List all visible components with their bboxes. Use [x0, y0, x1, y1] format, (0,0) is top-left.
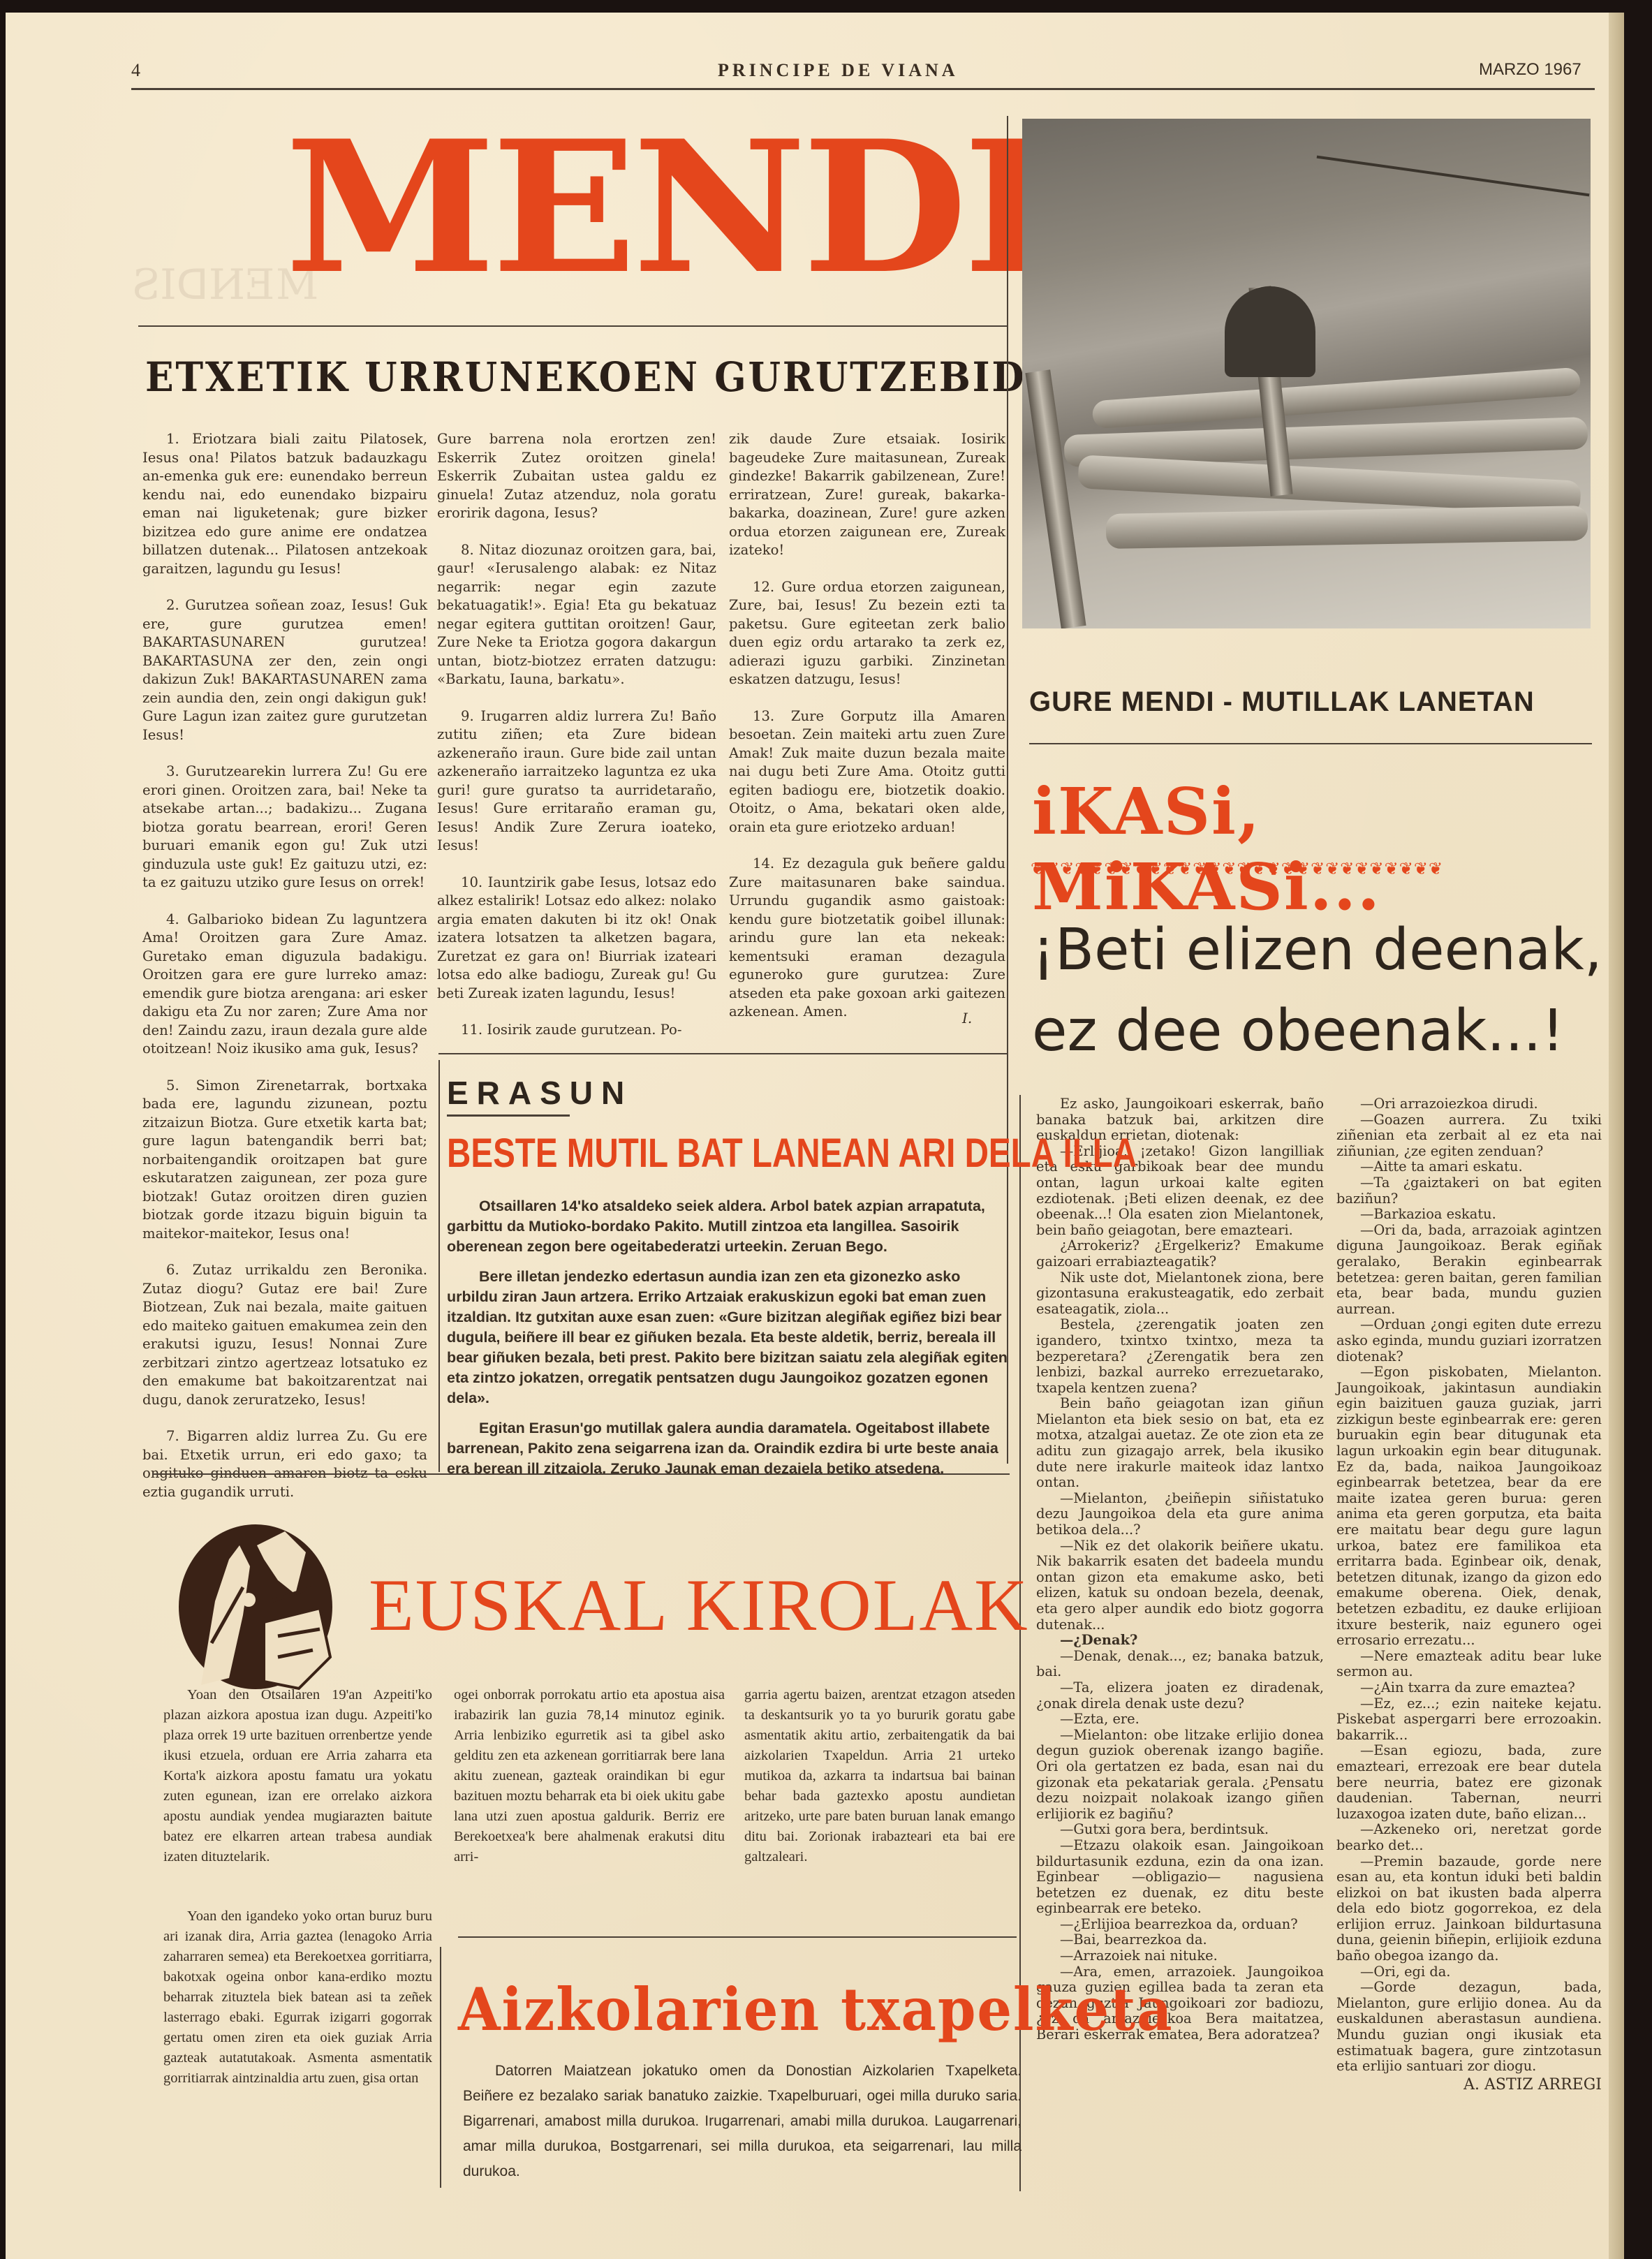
ornament-border: ❦❦❦❦❦❦❦❦❦❦❦❦❦❦❦❦❦❦❦❦❦❦❦❦❦❦❦❦ — [1031, 859, 1595, 880]
paragraph: —Ta, elizera joaten ez diradenak, ¿onak … — [1036, 1680, 1324, 1712]
aizkolarien-headline: Aizkolarien txapelketa — [458, 1975, 1173, 2044]
erasun-top-rule — [438, 1053, 1008, 1054]
paragraph: Bestela, ¿zerengatik joaten zen igandero… — [1036, 1317, 1324, 1396]
mendiz-column-1: 1. Eriotzara biali zaitu Pilatosek, Iesu… — [142, 430, 427, 1520]
erasun-headline: BESTE MUTIL BAT LANEAN ARI DELA ILLA — [447, 1130, 1137, 1177]
newspaper-page: 4 PRINCIPE DE VIANA MARZO 1967 ƧIᗡИƎM ME… — [6, 13, 1624, 2259]
erasun-body: Otsaillaren 14'ko atsaldeko seiek aldera… — [447, 1196, 1012, 1489]
ikasi-column-2: —Ori arrazoiezkoa dirudi. —Goazen aurrer… — [1336, 1096, 1602, 2093]
paragraph: —Bai, bearrezkoa da. — [1036, 1932, 1324, 1948]
erasun-section-title: ERASUN — [447, 1074, 633, 1112]
mendiz-signature: I. — [962, 1010, 972, 1027]
kirolak-column-3: garria agertu baizen, arentzat etzagon a… — [744, 1685, 1015, 1867]
page-number: 4 — [131, 60, 140, 81]
erasun-paragraph-2: Bere illetan jendezko edertasun aundia i… — [447, 1267, 1012, 1408]
station-10: 10. Iauntzirik gabe Iesus, lotsaz edo al… — [437, 874, 716, 1003]
paragraph: —Azkeneko ori, neretzat gorde bearko det… — [1336, 1822, 1602, 1853]
paragraph: —Goazen aurrera. Zu txiki ziñenian eta z… — [1336, 1112, 1602, 1160]
aizko-top-rule — [458, 1936, 1017, 1938]
paragraph: —¿Erlijioa bearrezkoa da, orduan? — [1036, 1917, 1324, 1933]
station-11-cont: zik daude Zure etsaiak. Iosirik bageudek… — [729, 430, 1005, 560]
paragraph: —Etzazu olakoik esan. Jaingoikoan bildur… — [1036, 1838, 1324, 1917]
kirolak-column-2: ogei onborrak porrokatu artio eta apostu… — [454, 1685, 725, 1867]
station-4: 4. Galbarioko bidean Zu laguntzera Ama! … — [142, 911, 427, 1059]
aizko-divider — [440, 1947, 441, 2188]
station-12: 12. Gure ordua etorzen zaigunean, Zure, … — [729, 578, 1005, 689]
paragraph: —Nere emazteak aditu bear luke sermon au… — [1336, 1649, 1602, 1680]
station-13: 13. Zure Gorputz illa Amaren besoetan. Z… — [729, 707, 1005, 837]
kirolak-paragraph-2: Yoan den igandeko yoko ortan buruz buru … — [163, 1906, 432, 2089]
kirolak-paragraph-2-cont: ogei onborrak porrokatu artio eta apostu… — [454, 1685, 725, 1867]
paragraph: —Egon piskobaten, Mielanton. Jaungoikoak… — [1336, 1364, 1602, 1649]
publication-title: PRINCIPE DE VIANA — [718, 60, 959, 81]
aizkolarien-paragraph: Datorren Maiatzean jokatuko omen da Dono… — [463, 2059, 1022, 2184]
paragraph: —Denak, denak..., ez; banaka batzuk, bai… — [1036, 1649, 1324, 1680]
paragraph: —Gutxi gora bera, berdintsuk. — [1036, 1822, 1324, 1838]
station-11: 11. Iosirik zaude gurutzean. Po- — [437, 1021, 716, 1040]
kirolak-top-rule — [152, 1473, 1010, 1475]
mendiz-column-3: zik daude Zure etsaiak. Iosirik bageudek… — [729, 430, 1005, 1040]
ikasi-column-1: Ez asko, Jaungoikoari eskerrak, baño ban… — [1036, 1096, 1324, 2043]
paragraph: —Ta ¿gaiztakeri on bat egiten baziñun? — [1336, 1175, 1602, 1207]
subtitle-line-2: ez dee obeenak...! — [1032, 991, 1602, 1072]
paragraph: —Premin bazaude, gorde nere esan au, eta… — [1336, 1854, 1602, 1964]
paragraph: —Barkazioa eskatu. — [1336, 1207, 1602, 1223]
paragraph: —Nik ez det olakorik beiñere ukatu. Nik … — [1036, 1538, 1324, 1633]
paragraph: ¿Arrokeriz? ¿Ergelkeriz? Emakume gaizoar… — [1036, 1238, 1324, 1270]
paragraph: Bein baño geiagotan izan giñun Mielanton… — [1036, 1396, 1324, 1491]
station-5: 5. Simon Zirenetarrak, bortxaka bada ere… — [142, 1077, 427, 1244]
paragraph: —Mielanton: obe litzake erlijio donea de… — [1036, 1728, 1324, 1823]
station-6: 6. Zutaz urrikaldu zen Beronika. Zutaz d… — [142, 1261, 427, 1409]
mendiz-column-2: Gure barrena nola erortzen zen! Eskerrik… — [437, 430, 716, 1058]
paragraph: —¿Denak? — [1036, 1633, 1324, 1649]
ikasi-author: A. ASTIZ ARREGI — [1336, 2077, 1602, 2094]
erasun-underline — [447, 1114, 570, 1117]
erasun-paragraph-3: Egitan Erasun'go mutillak galera aundia … — [447, 1418, 1012, 1479]
euskal-kirolak-title: EUSKAL KIROLAK — [369, 1563, 1029, 1648]
header-rule — [131, 88, 1595, 90]
paragraph: —Ori arrazoiezkoa dirudi. — [1336, 1096, 1602, 1112]
page-edge — [1609, 13, 1624, 2259]
erasun-paragraph-1: Otsaillaren 14'ko atsaldeko seiek aldera… — [447, 1196, 1012, 1257]
station-1: 1. Eriotzara biali zaitu Pilatosek, Iesu… — [142, 430, 427, 578]
paragraph: —Esan egiozu, bada, zure emazteari, erre… — [1336, 1743, 1602, 1822]
paragraph: —Gorde dezagun, bada, Mielanton, gure er… — [1336, 1980, 1602, 2075]
paragraph: —Arrazoiek nai nituke. — [1036, 1948, 1324, 1964]
kirolak-paragraph-3: garria agertu baizen, arentzat etzagon a… — [744, 1685, 1015, 1867]
logging-photo — [1022, 119, 1591, 628]
mendiz-rule — [138, 325, 1008, 327]
station-3: 3. Gurutzearekin lurrera Zu! Gu ere eror… — [142, 763, 427, 892]
caption-rule — [1029, 743, 1592, 744]
kirolak-column-1: Yoan den Otsailaren 19'an Azpeiti'ko pla… — [163, 1685, 432, 2089]
station-14: 14. Ez dezagula guk beñere galdu Zure ma… — [729, 855, 1005, 1022]
paragraph: —Ez, ez...; ezin naiteke kejatu. Piskeba… — [1336, 1696, 1602, 1744]
station-7-cont: Gure barrena nola erortzen zen! Eskerrik… — [437, 430, 716, 523]
paragraph: —Aitte ta amari eskatu. — [1336, 1159, 1602, 1175]
ikasi-subtitle: ¡Beti elizen deenak, ez dee obeenak...! — [1032, 910, 1602, 1072]
station-2: 2. Gurutzea soñean zoaz, Iesus! Guk ere,… — [142, 596, 427, 744]
paragraph: Nik uste dot, Mielantonek ziona, bere gi… — [1036, 1270, 1324, 1318]
kirolak-paragraph-1: Yoan den Otsailaren 19'an Azpeiti'ko pla… — [163, 1685, 432, 1867]
mendiz-headline: ETXETIK URRUNEKOEN GURUTZEBIDE BAT — [145, 353, 1163, 401]
subtitle-line-1: ¡Beti elizen deenak, — [1032, 910, 1602, 991]
issue-date: MARZO 1967 — [1479, 60, 1581, 80]
column-divider-erasun — [438, 1060, 440, 1472]
station-8: 8. Nitaz diozunaz oroitzen gara, bai, ga… — [437, 541, 716, 689]
station-9: 9. Irugarren aldiz lurrera Zu! Baño zuti… — [437, 707, 716, 855]
station-7: 7. Bigarren aldiz lurrea Zu. Gu ere bai.… — [142, 1427, 427, 1501]
paragraph: —Mielanton, ¿beiñepin siñistatuko dezu J… — [1036, 1491, 1324, 1538]
photo-caption: GURE MENDI - MUTILLAK LANETAN — [1029, 686, 1535, 718]
ikasi-mikasi-title: iKASi, MiKASi... — [1032, 774, 1624, 925]
paragraph: —Ori, egi da. — [1336, 1964, 1602, 1980]
paragraph: —Ori da, bada, arrazoiak agintzen diguna… — [1336, 1223, 1602, 1318]
basque-sports-emblem-icon — [173, 1517, 341, 1692]
paragraph: —Ezta, ere. — [1036, 1712, 1324, 1728]
paragraph: —Orduan ¿ongi egiten dute errezu asko eg… — [1336, 1317, 1602, 1364]
aizkolarien-body: Datorren Maiatzean jokatuko omen da Dono… — [463, 2059, 1022, 2184]
paragraph: —¿Ain txarra da zure emaztea? — [1336, 1680, 1602, 1696]
